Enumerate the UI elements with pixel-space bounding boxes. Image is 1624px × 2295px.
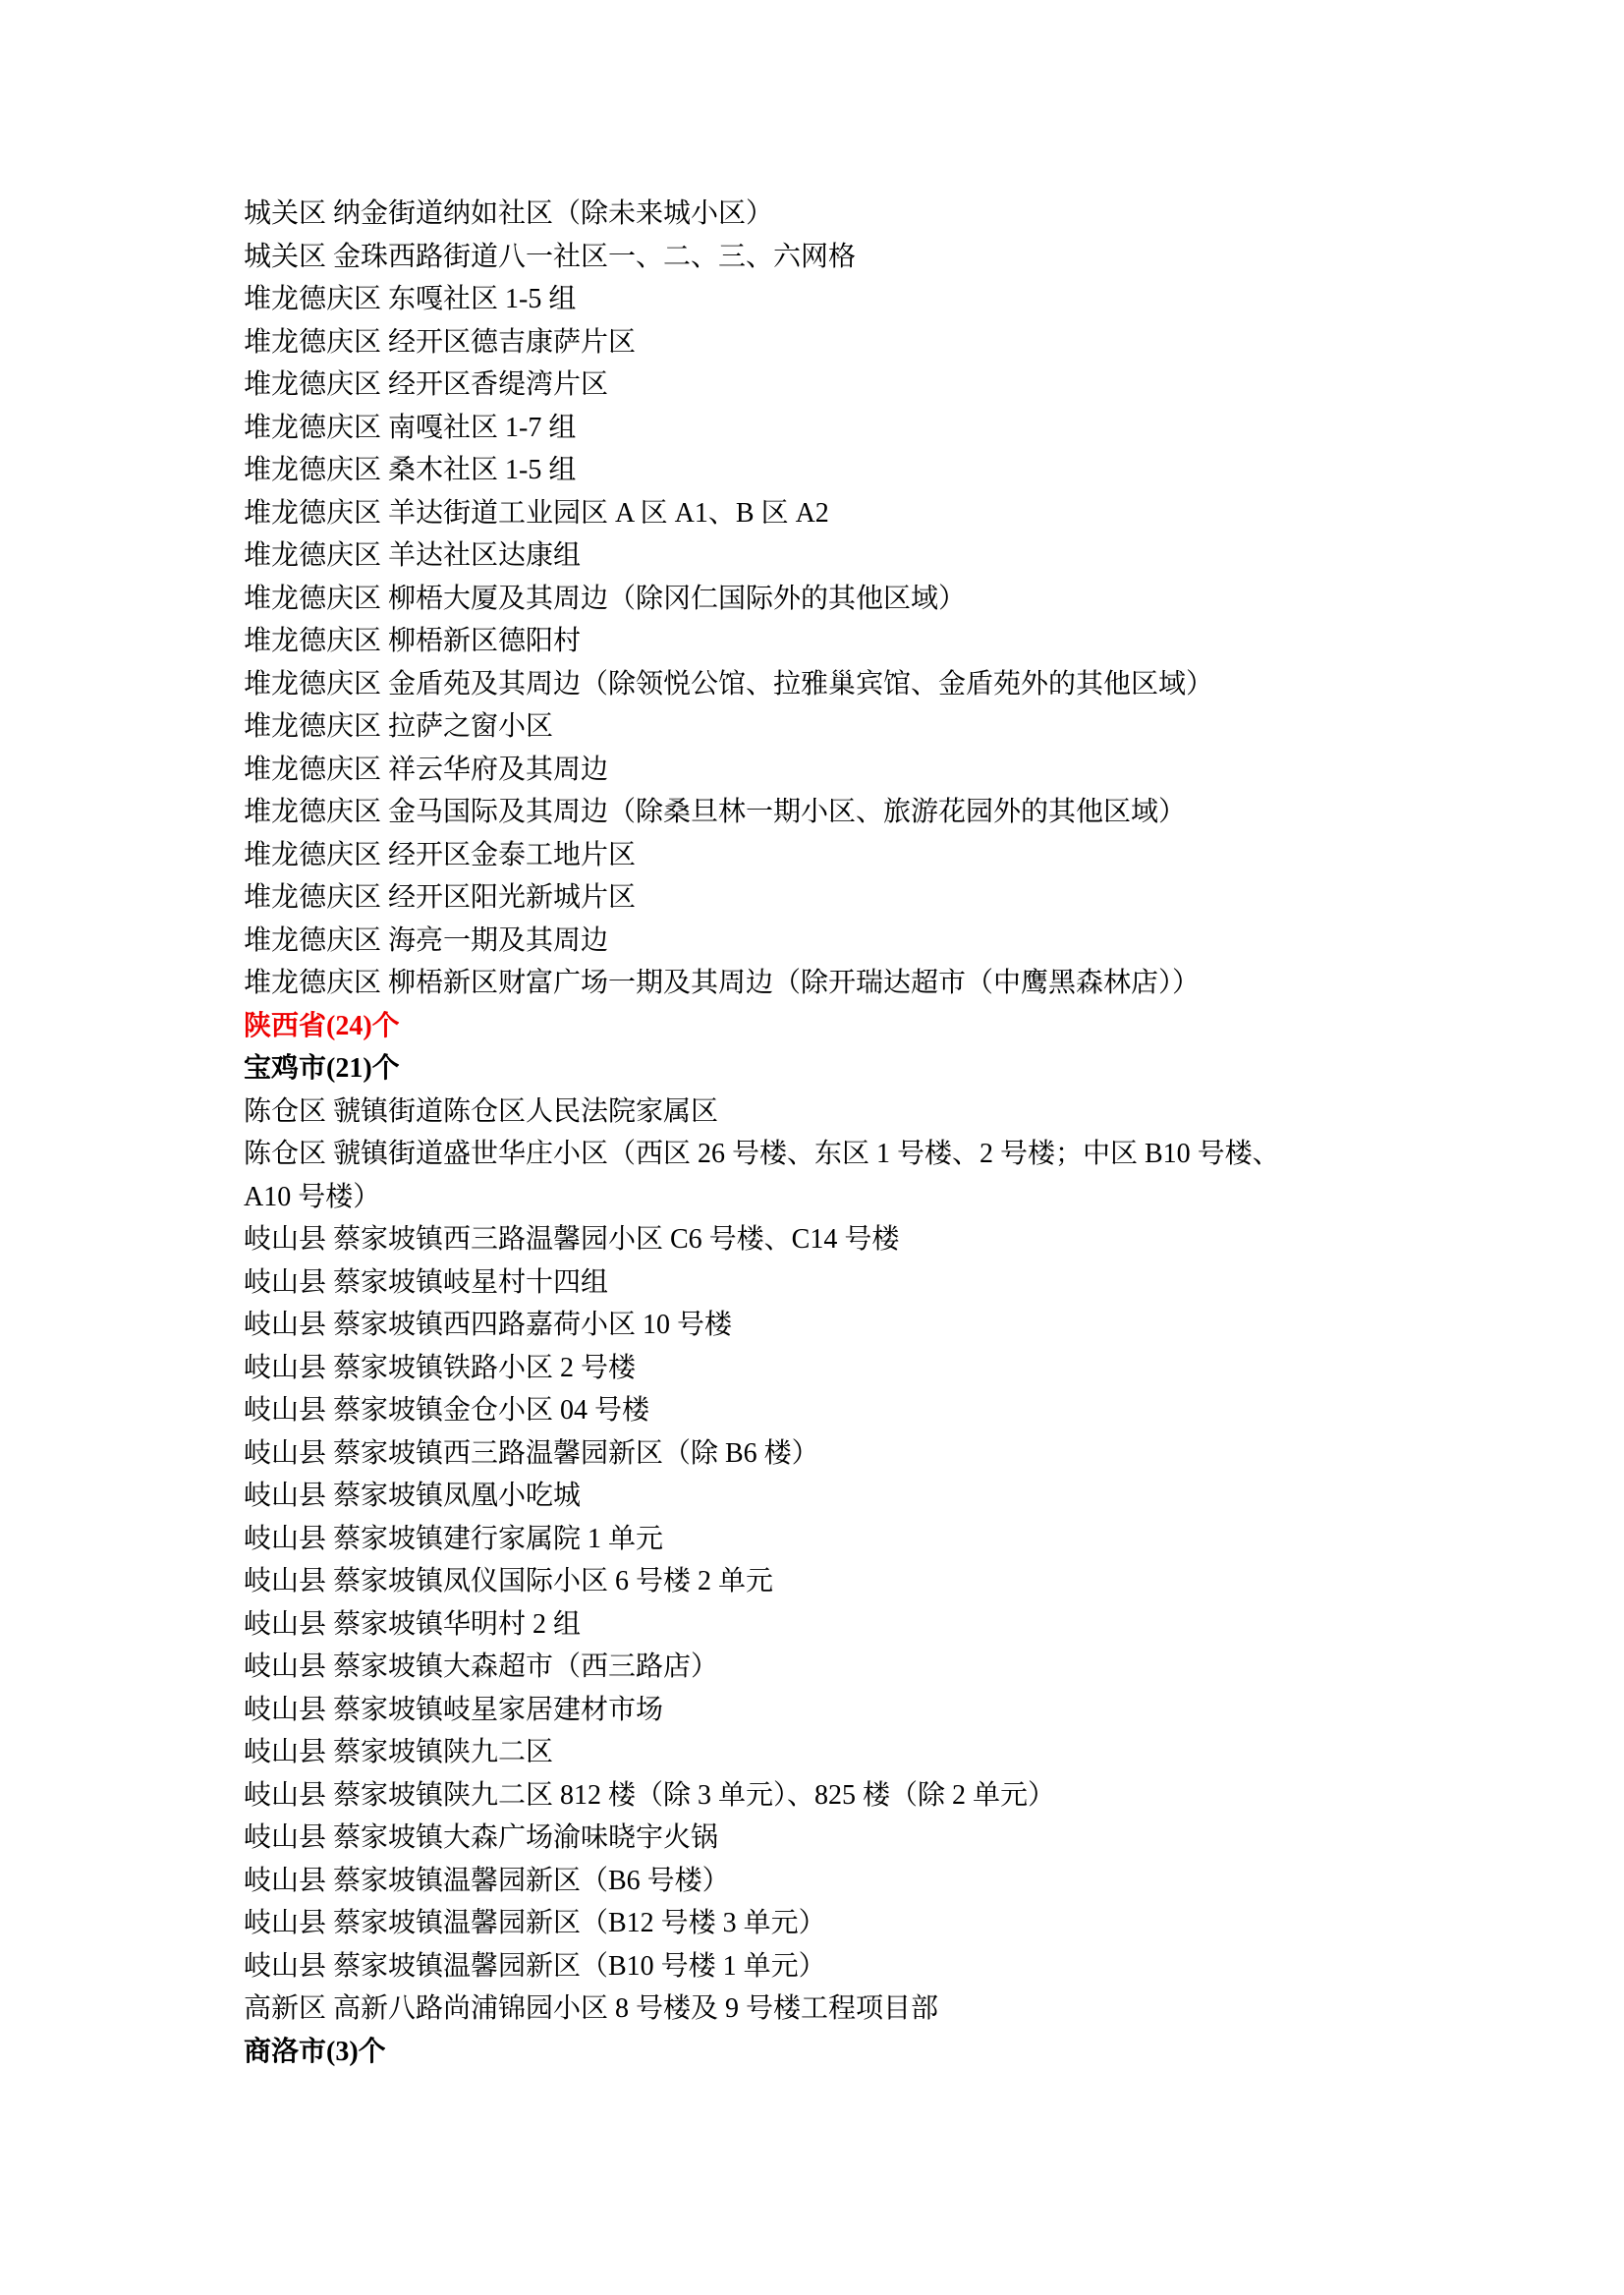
risk-area-line: 岐山县 蔡家坡镇金仓小区 04 号楼 xyxy=(244,1389,1388,1432)
risk-area-line: 堆龙德庆区 拉萨之窗小区 xyxy=(244,705,1388,749)
risk-area-line: 堆龙德庆区 海亮一期及其周边 xyxy=(244,920,1388,963)
risk-area-line: 岐山县 蔡家坡镇西三路温馨园新区（除 B6 楼） xyxy=(244,1432,1388,1476)
risk-area-line: 堆龙德庆区 祥云华府及其周边 xyxy=(244,749,1388,792)
risk-area-line: 高新区 高新八路尚浦锦园小区 8 号楼及 9 号楼工程项目部 xyxy=(244,1987,1388,2031)
risk-area-line: 堆龙德庆区 金马国际及其周边（除桑旦林一期小区、旅游花园外的其他区域） xyxy=(244,791,1388,834)
city-heading: 商洛市(3)个 xyxy=(244,2031,1388,2074)
risk-area-line: 陈仓区 虢镇街道陈仓区人民法院家属区 xyxy=(244,1091,1388,1134)
risk-area-line: 岐山县 蔡家坡镇陕九二区 xyxy=(244,1731,1388,1774)
risk-area-line: 堆龙德庆区 经开区金泰工地片区 xyxy=(244,834,1388,877)
risk-area-line: 岐山县 蔡家坡镇温馨园新区（B6 号楼） xyxy=(244,1860,1388,1903)
city-heading: 宝鸡市(21)个 xyxy=(244,1047,1388,1091)
risk-area-line: 岐山县 蔡家坡镇岐星村十四组 xyxy=(244,1261,1388,1305)
risk-area-line: 岐山县 蔡家坡镇凤仪国际小区 6 号楼 2 单元 xyxy=(244,1560,1388,1603)
risk-area-line: 堆龙德庆区 羊达街道工业园区 A 区 A1、B 区 A2 xyxy=(244,492,1388,535)
risk-area-line: 岐山县 蔡家坡镇建行家属院 1 单元 xyxy=(244,1518,1388,1561)
risk-area-line: 岐山县 蔡家坡镇大森广场渝味晓宇火锅 xyxy=(244,1817,1388,1860)
risk-area-line: 堆龙德庆区 经开区香缇湾片区 xyxy=(244,364,1388,407)
risk-area-line: 岐山县 蔡家坡镇大森超市（西三路店） xyxy=(244,1646,1388,1689)
risk-area-line: 堆龙德庆区 金盾苑及其周边（除领悦公馆、拉雅巢宾馆、金盾苑外的其他区域） xyxy=(244,663,1388,706)
province-heading: 陕西省(24)个 xyxy=(244,1005,1388,1048)
risk-area-line: 岐山县 蔡家坡镇铁路小区 2 号楼 xyxy=(244,1347,1388,1390)
risk-area-line: 岐山县 蔡家坡镇温馨园新区（B10 号楼 1 单元） xyxy=(244,1945,1388,1988)
risk-area-line: 堆龙德庆区 柳梧新区财富广场一期及其周边（除开瑞达超市（中鹰黑森林店）） xyxy=(244,962,1388,1005)
risk-area-line: 堆龙德庆区 南嘎社区 1-7 组 xyxy=(244,407,1388,450)
risk-area-line: 城关区 纳金街道纳如社区（除未来城小区） xyxy=(244,193,1388,236)
risk-area-line: 堆龙德庆区 柳梧大厦及其周边（除冈仁国际外的其他区域） xyxy=(244,578,1388,621)
risk-area-line: 岐山县 蔡家坡镇岐星家居建材市场 xyxy=(244,1689,1388,1732)
risk-area-line: 岐山县 蔡家坡镇西三路温馨园小区 C6 号楼、C14 号楼 xyxy=(244,1218,1388,1261)
risk-area-line: 岐山县 蔡家坡镇陕九二区 812 楼（除 3 单元）、825 楼（除 2 单元） xyxy=(244,1774,1388,1818)
risk-area-line: A10 号楼） xyxy=(244,1176,1388,1219)
document-page: 城关区 纳金街道纳如社区（除未来城小区）城关区 金珠西路街道八一社区一、二、三、… xyxy=(0,0,1624,2295)
risk-area-line: 岐山县 蔡家坡镇西四路嘉荷小区 10 号楼 xyxy=(244,1304,1388,1347)
risk-area-line: 堆龙德庆区 羊达社区达康组 xyxy=(244,534,1388,578)
risk-area-line: 堆龙德庆区 柳梧新区德阳村 xyxy=(244,620,1388,663)
risk-area-line: 堆龙德庆区 经开区德吉康萨片区 xyxy=(244,321,1388,364)
risk-area-line: 岐山县 蔡家坡镇凤凰小吃城 xyxy=(244,1475,1388,1518)
risk-area-line: 堆龙德庆区 东嘎社区 1-5 组 xyxy=(244,278,1388,321)
risk-area-line: 城关区 金珠西路街道八一社区一、二、三、六网格 xyxy=(244,236,1388,279)
risk-area-list: 城关区 纳金街道纳如社区（除未来城小区）城关区 金珠西路街道八一社区一、二、三、… xyxy=(0,0,1624,2073)
risk-area-line: 堆龙德庆区 经开区阳光新城片区 xyxy=(244,876,1388,920)
risk-area-line: 岐山县 蔡家坡镇温馨园新区（B12 号楼 3 单元） xyxy=(244,1902,1388,1945)
risk-area-line: 堆龙德庆区 桑木社区 1-5 组 xyxy=(244,449,1388,492)
risk-area-line: 岐山县 蔡家坡镇华明村 2 组 xyxy=(244,1603,1388,1647)
risk-area-line: 陈仓区 虢镇街道盛世华庄小区（西区 26 号楼、东区 1 号楼、2 号楼；中区 … xyxy=(244,1133,1388,1176)
